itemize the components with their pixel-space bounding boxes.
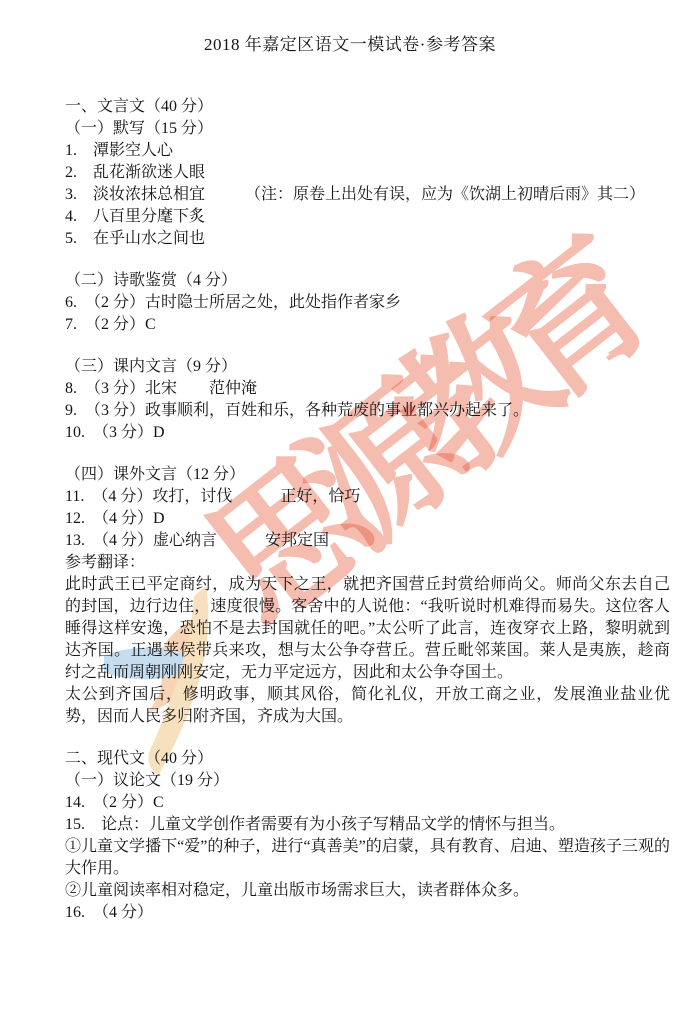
text-line: ②儿童阅读率相对稳定，儿童出版市场需求巨大，读者群体众多。 [65,880,670,902]
text-line: 11. （4 分）攻打，讨伐 正好，恰巧 [65,486,670,508]
document-body: 一、文言文（40 分）（一）默写（15 分）1. 潭影空人心2. 乱花渐欲迷人眼… [65,96,670,924]
answer-sheet-page: 思源教育 2018 年嘉定区语文一模试卷·参考答案 一、文言文（40 分）（一）… [0,0,700,1022]
text-line: 5. 在乎山水之间也 [65,228,670,250]
text-line: 4. 八百里分麾下炙 [65,206,670,228]
text-line: 1. 潭影空人心 [65,140,670,162]
text-line: 14. （2 分）C [65,792,670,814]
text-line: 二、现代文（40 分） [65,748,670,770]
spacer [65,336,670,356]
text-line: 2. 乱花渐欲迷人眼 [65,162,670,184]
text-line: （二）诗歌鉴赏（4 分） [65,270,670,292]
text-line: 7. （2 分）C [65,314,670,336]
text-line: 一、文言文（40 分） [65,96,670,118]
paragraph: 此时武王已平定商纣，成为天下之王，就把齐国营丘封赏给师尚父。师尚父东去自己的封国… [65,574,670,684]
text-line: 15. 论点：儿童文学创作者需要有为小孩子写精品文学的情怀与担当。 [65,814,670,836]
spacer [65,444,670,464]
text-line: 16. （4 分） [65,902,670,924]
text-line: 3. 淡妆浓抹总相宜 （注：原卷上出处有误，应为《饮湖上初晴后雨》其二） [65,184,670,206]
page-title: 2018 年嘉定区语文一模试卷·参考答案 [0,0,700,55]
text-line: 9. （3 分）政事顺利，百姓和乐，各种荒废的事业都兴办起来了。 [65,400,670,422]
text-line: 12. （4 分）D [65,508,670,530]
text-line: （三）课内文言（9 分） [65,356,670,378]
text-line: 6. （2 分）古时隐士所居之处，此处指作者家乡 [65,292,670,314]
paragraph: 太公到齐国后，修明政事，顺其风俗，简化礼仪，开放工商之业，发展渔业盐业优势，因而… [65,684,670,728]
text-line: 10. （3 分）D [65,422,670,444]
text-line: 13. （4 分）虚心纳言 安邦定国 [65,530,670,552]
spacer [65,728,670,748]
text-line: （四）课外文言（12 分） [65,464,670,486]
text-line: 8. （3 分）北宋 范仲淹 [65,378,670,400]
spacer [65,250,670,270]
text-line: 参考翻译： [65,552,670,574]
text-line: （一）默写（15 分） [65,118,670,140]
paragraph: ①儿童文学播下“爱”的种子，进行“真善美”的启蒙，具有教育、启迪、塑造孩子三观的… [65,836,670,880]
text-line: （一）议论文（19 分） [65,770,670,792]
